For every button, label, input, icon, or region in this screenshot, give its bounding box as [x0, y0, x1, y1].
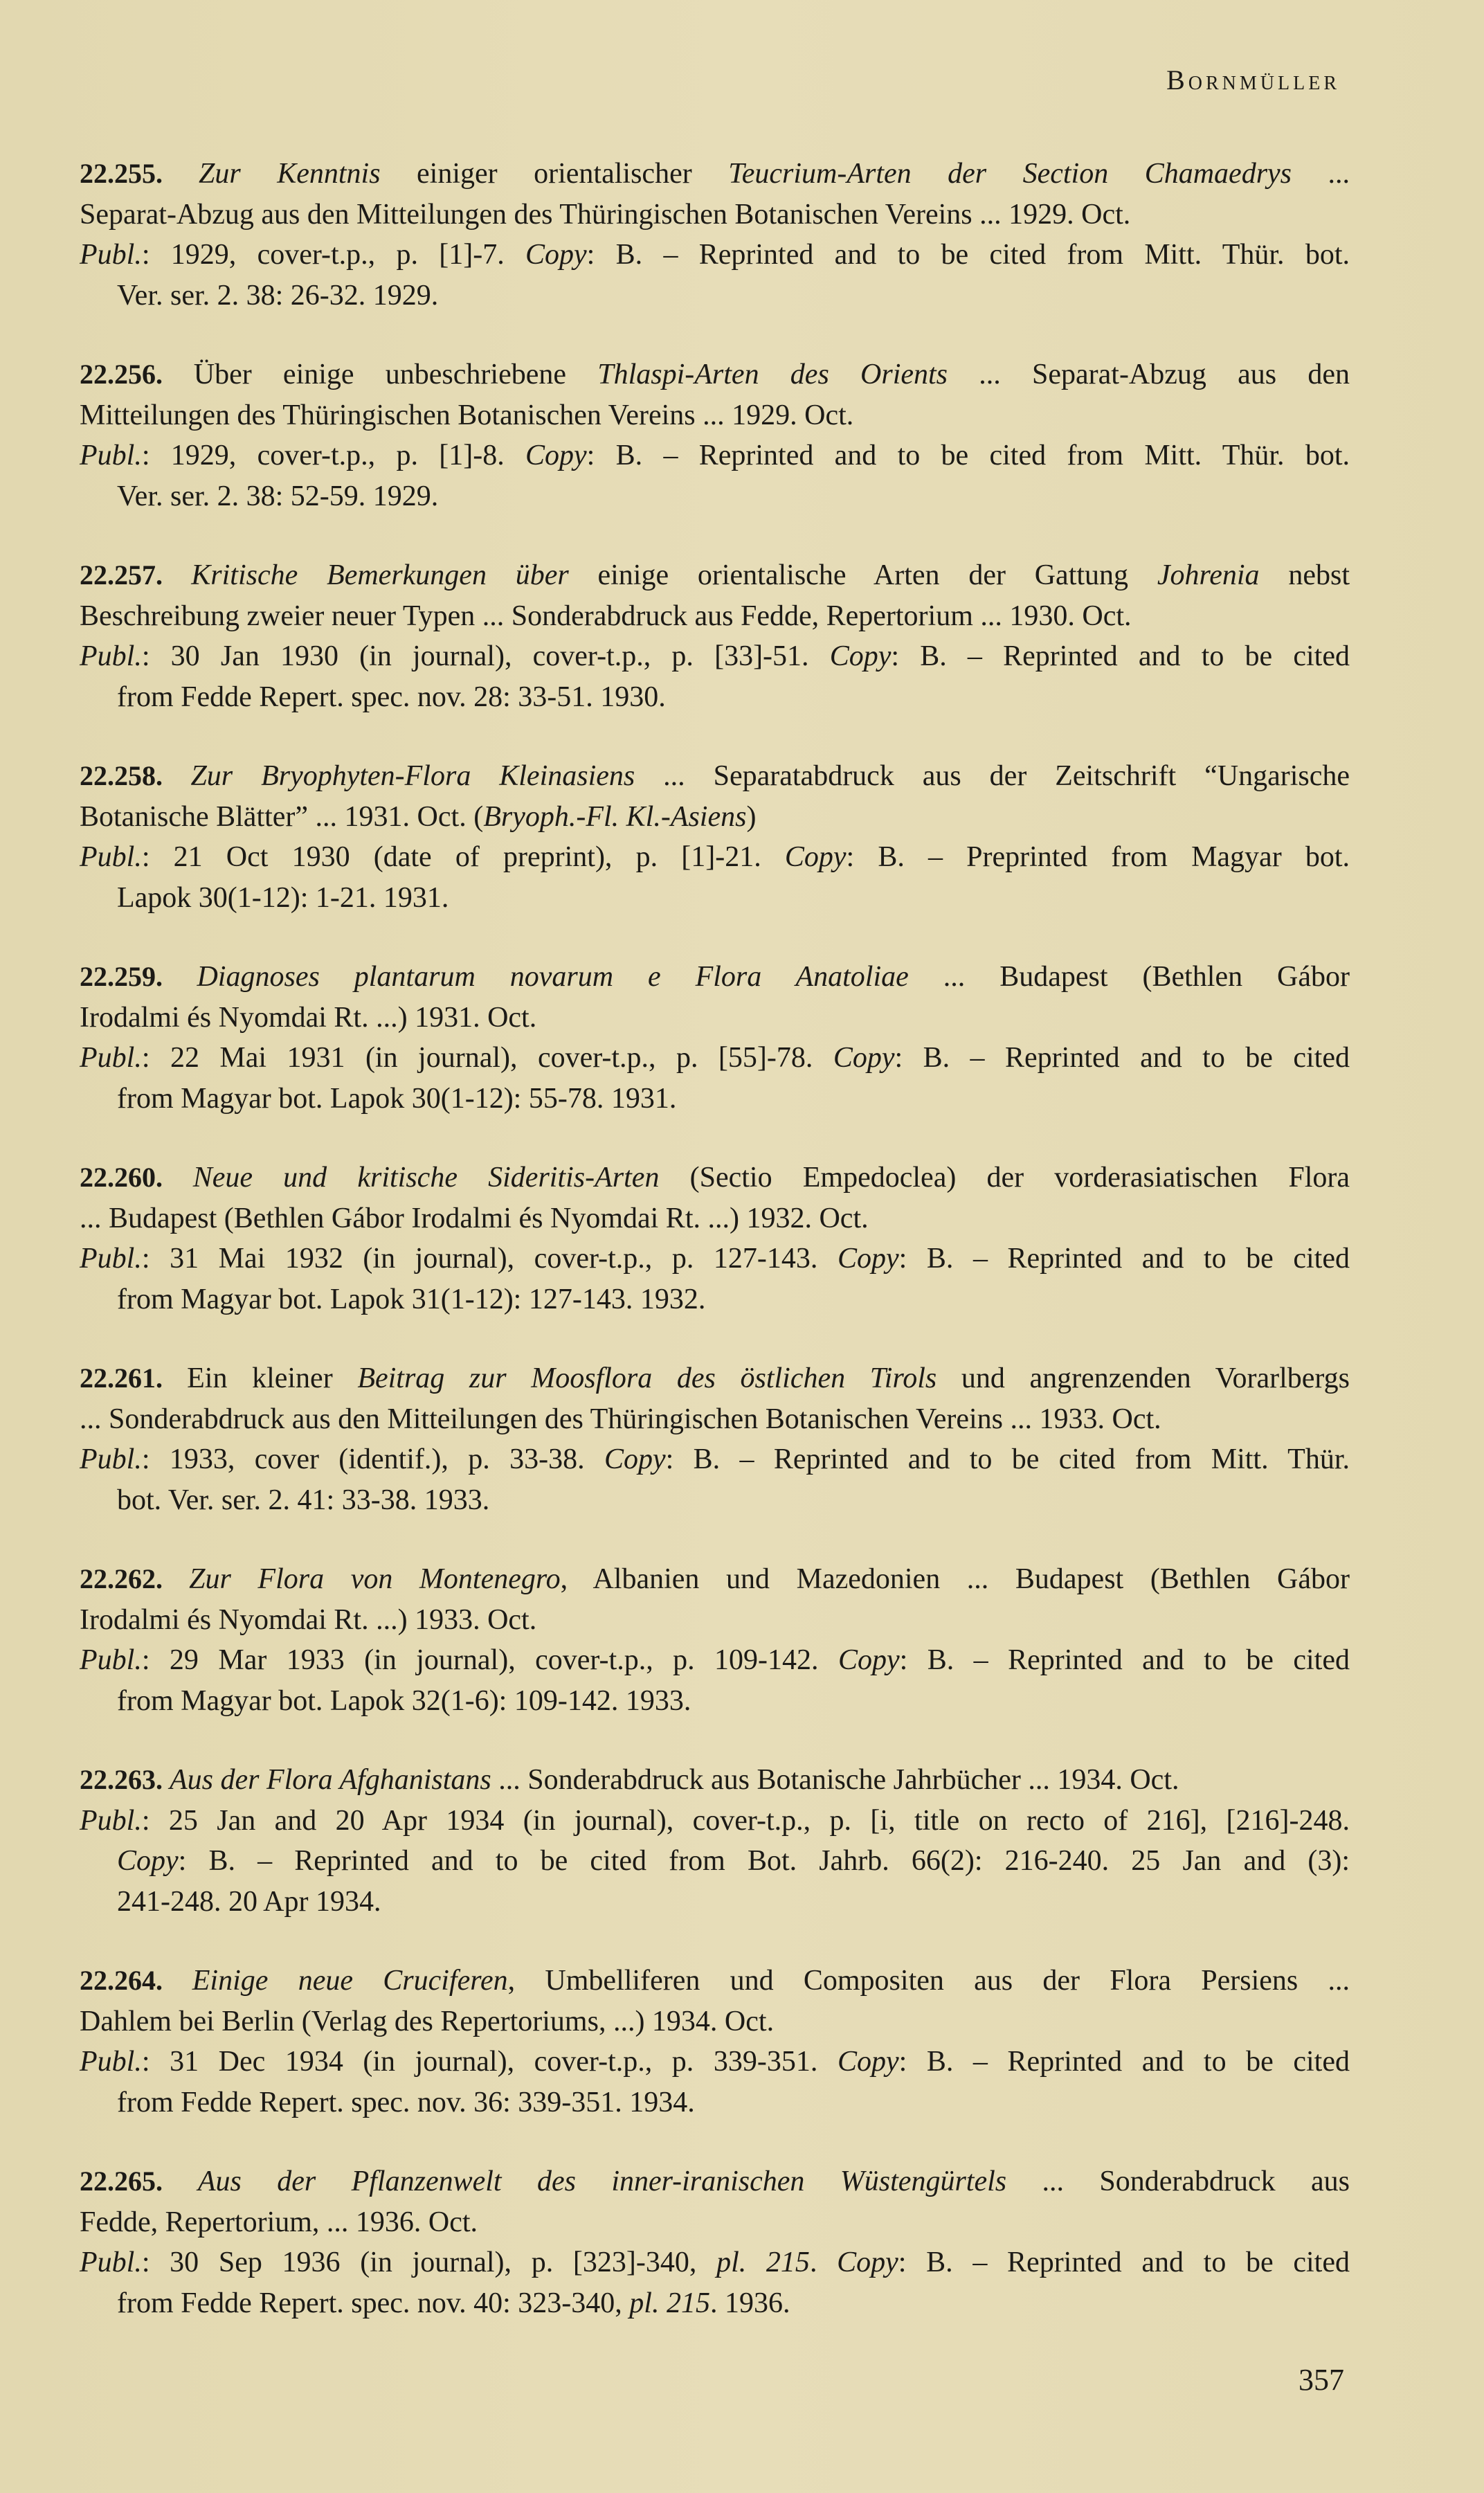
italic-text: Copy	[525, 239, 587, 271]
text: ... Separat-Abzug aus den	[948, 359, 1350, 390]
entry-publication-line: from Magyar bot. Lapok 31(1-12): 127-143…	[80, 1279, 1350, 1320]
text: : 31 Mai 1932 (in journal), cover-t.p., …	[142, 1243, 838, 1275]
entry-publication-line: Publ.: 22 Mai 1931 (in journal), cover-t…	[80, 1038, 1350, 1079]
entry-title-line: Irodalmi és Nyomdai Rt. ...) 1933. Oct.	[80, 1600, 1350, 1641]
text: : B. – Reprinted and to be cited	[900, 1644, 1350, 1676]
text: und angrenzenden Vorarlbergs	[936, 1362, 1350, 1394]
italic-text: Johrenia	[1157, 559, 1260, 591]
entry-title-line: Mitteilungen des Thüringischen Botanisch…	[80, 395, 1350, 436]
running-head: Bornmüller	[1166, 64, 1340, 96]
entry-title-line: 22.257. Kritische Bemerkungen über einig…	[80, 555, 1350, 596]
italic-text: Copy	[525, 440, 587, 471]
entry-number: 22.265.	[80, 2166, 198, 2197]
entry-publication-line: from Magyar bot. Lapok 32(1-6): 109-142.…	[80, 1681, 1350, 1722]
italic-text: Zur Bryophyten-Flora Kleinasiens	[190, 760, 635, 792]
entry-title-line: ... Budapest (Bethlen Gábor Irodalmi és …	[80, 1198, 1350, 1239]
text: : B. – Preprinted from Magyar bot.	[847, 841, 1350, 873]
italic-text: Publ.	[80, 1042, 142, 1074]
entry-publication-line: Publ.: 1929, cover-t.p., p. [1]-7. Copy:…	[80, 235, 1350, 276]
page-number: 357	[1298, 2362, 1344, 2397]
text: : B. – Reprinted and to be cited	[899, 2046, 1350, 2078]
text: .	[810, 2247, 837, 2278]
text: : B. – Reprinted and to be cited	[898, 2247, 1350, 2278]
text: from Magyar bot. Lapok 31(1-12): 127-143…	[117, 1284, 705, 1315]
entry-number: 22.257.	[80, 559, 191, 591]
text: Ein kleiner	[187, 1362, 357, 1394]
entry-publication-line: Publ.: 25 Jan and 20 Apr 1934 (in journa…	[80, 1801, 1350, 1842]
text: : B. – Reprinted and to be cited from Mi…	[587, 440, 1350, 471]
text: Fedde, Repertorium, ... 1936. Oct.	[80, 2206, 478, 2238]
italic-text: Publ.	[80, 2046, 142, 2078]
entry-number: 22.256.	[80, 359, 194, 390]
text: Mitteilungen des Thüringischen Botanisch…	[80, 399, 853, 431]
text: : 25 Jan and 20 Apr 1934 (in journal), c…	[142, 1805, 1350, 1837]
text: : 1929, cover-t.p., p. [1]-7.	[142, 239, 525, 271]
text: ... Sonderabdruck aus Botanische Jahrbüc…	[491, 1764, 1179, 1796]
text: Ver. ser. 2. 38: 52-59. 1929.	[117, 480, 438, 512]
entry-publication-line: bot. Ver. ser. 2. 41: 33-38. 1933.	[80, 1480, 1350, 1521]
italic-text: Publ.	[80, 1805, 142, 1837]
text: : B. – Reprinted and to be cited	[894, 1042, 1350, 1074]
bibliography-entry: 22.255. Zur Kenntnis einiger orientalisc…	[80, 154, 1350, 354]
text: , Umbelliferen und Compositen aus der Fl…	[508, 1965, 1350, 1997]
text: Lapok 30(1-12): 1-21. 1931.	[117, 882, 449, 914]
entry-title-line: 22.258. Zur Bryophyten-Flora Kleinasiens…	[80, 756, 1350, 797]
entry-number: 22.260.	[80, 1162, 193, 1193]
italic-text: Teucrium-Arten der Section Chamaedrys	[728, 158, 1292, 190]
entry-title-line: ... Sonderabdruck aus den Mitteilungen d…	[80, 1399, 1350, 1440]
entry-number: 22.261.	[80, 1362, 187, 1394]
entry-number: 22.255.	[80, 158, 199, 189]
italic-text: Zur Flora von Montenegro	[189, 1563, 561, 1595]
entry-publication-line: from Magyar bot. Lapok 30(1-12): 55-78. …	[80, 1079, 1350, 1119]
text: )	[746, 801, 756, 833]
text: : B. – Reprinted and to be cited from Bo…	[179, 1845, 1350, 1877]
italic-text: Publ.	[80, 841, 142, 873]
text: ... Budapest (Bethlen Gábor	[909, 961, 1350, 993]
text: from Fedde Repert. spec. nov. 36: 339-35…	[117, 2087, 695, 2118]
italic-text: Aus der Pflanzenwelt des inner-iranische…	[198, 2166, 1006, 2197]
italic-text: Copy	[117, 1845, 179, 1877]
entry-publication-line: Ver. ser. 2. 38: 52-59. 1929.	[80, 476, 1350, 517]
entry-publication-line: Publ.: 31 Dec 1934 (in journal), cover-t…	[80, 2042, 1350, 2082]
text: : B. – Reprinted and to be cited from Mi…	[666, 1443, 1350, 1475]
text: einiger orientalischer	[381, 158, 729, 190]
entry-number: 22.258.	[80, 760, 190, 791]
entry-title-line: Dahlem bei Berlin (Verlag des Repertoriu…	[80, 2001, 1350, 2042]
text: : 22 Mai 1931 (in journal), cover-t.p., …	[142, 1042, 833, 1074]
entry-publication-line: Publ.: 1929, cover-t.p., p. [1]-8. Copy:…	[80, 435, 1350, 476]
text: Irodalmi és Nyomdai Rt. ...) 1933. Oct.	[80, 1604, 536, 1636]
entry-publication-line: Publ.: 29 Mar 1933 (in journal), cover-t…	[80, 1640, 1350, 1681]
bibliography-entry: 22.260. Neue und kritische Sideritis-Art…	[80, 1158, 1350, 1358]
entry-title-line: 22.264. Einige neue Cruciferen, Umbellif…	[80, 1961, 1350, 2001]
text: Dahlem bei Berlin (Verlag des Repertoriu…	[80, 2006, 774, 2037]
entry-publication-line: Copy: B. – Reprinted and to be cited fro…	[80, 1841, 1350, 1882]
italic-text: Copy	[604, 1443, 666, 1475]
text: : B. – Reprinted and to be cited from Mi…	[587, 239, 1350, 271]
italic-text: Publ.	[80, 640, 142, 672]
italic-text: Copy	[830, 640, 892, 672]
entry-title-line: 22.260. Neue und kritische Sideritis-Art…	[80, 1158, 1350, 1198]
italic-text: Copy	[785, 841, 847, 873]
italic-text: Publ.	[80, 1644, 142, 1676]
entry-publication-line: 241-248. 20 Apr 1934.	[80, 1882, 1350, 1923]
italic-text: Copy	[833, 1042, 895, 1074]
entry-title-line: Separat-Abzug aus den Mitteilungen des T…	[80, 195, 1350, 235]
bibliography-entry: 22.256. Über einige unbeschriebene Thlas…	[80, 354, 1350, 555]
entry-number: 22.263.	[80, 1764, 170, 1795]
text: Irodalmi és Nyomdai Rt. ...) 1931. Oct.	[80, 1002, 536, 1034]
text: ...	[1292, 158, 1350, 190]
bibliography-entry: 22.262. Zur Flora von Montenegro, Albani…	[80, 1559, 1350, 1760]
entry-publication-line: from Fedde Repert. spec. nov. 40: 323-34…	[80, 2283, 1350, 2324]
entry-number: 22.262.	[80, 1563, 189, 1594]
text: 241-248. 20 Apr 1934.	[117, 1886, 381, 1918]
text: ... Budapest (Bethlen Gábor Irodalmi és …	[80, 1203, 869, 1234]
italic-text: Thlaspi-Arten des Orients	[597, 359, 948, 390]
entry-publication-line: Lapok 30(1-12): 1-21. 1931.	[80, 878, 1350, 919]
italic-text: pl. 215	[716, 2247, 810, 2278]
text: ... Sonderabdruck aus	[1006, 2166, 1350, 2197]
entry-publication-line: Ver. ser. 2. 38: 26-32. 1929.	[80, 276, 1350, 316]
text: ... Sonderabdruck aus den Mitteilungen d…	[80, 1403, 1161, 1435]
entry-title-line: 22.255. Zur Kenntnis einiger orientalisc…	[80, 154, 1350, 195]
text: from Fedde Repert. spec. nov. 40: 323-34…	[117, 2287, 629, 2319]
bibliography-entry: 22.264. Einige neue Cruciferen, Umbellif…	[80, 1961, 1350, 2161]
text: , Albanien und Mazedonien ... Budapest (…	[561, 1563, 1350, 1595]
italic-text: Kritische Bemerkungen über	[191, 559, 568, 591]
bibliography-entry: 22.261. Ein kleiner Beitrag zur Moosflor…	[80, 1358, 1350, 1559]
entry-publication-line: Publ.: 1933, cover (identif.), p. 33-38.…	[80, 1439, 1350, 1480]
bibliography-entry: 22.263. Aus der Flora Afghanistans ... S…	[80, 1760, 1350, 1961]
italic-text: Publ.	[80, 1243, 142, 1275]
italic-text: Beitrag zur Moosflora des östlichen Tiro…	[357, 1362, 936, 1394]
entry-publication-line: from Fedde Repert. spec. nov. 36: 339-35…	[80, 2082, 1350, 2123]
text: einige orientalische Arten der Gattung	[569, 559, 1157, 591]
entry-title-line: Beschreibung zweier neuer Typen ... Sond…	[80, 596, 1350, 637]
italic-text: Publ.	[80, 2247, 142, 2278]
text: : 29 Mar 1933 (in journal), cover-t.p., …	[142, 1644, 838, 1676]
text: : 30 Sep 1936 (in journal), p. [323]-340…	[142, 2247, 716, 2278]
italic-text: Neue und kritische Sideritis-Arten	[193, 1162, 660, 1194]
entry-title-line: 22.263. Aus der Flora Afghanistans ... S…	[80, 1760, 1350, 1801]
text: from Fedde Repert. spec. nov. 28: 33-51.…	[117, 681, 666, 713]
entry-title-line: 22.261. Ein kleiner Beitrag zur Moosflor…	[80, 1358, 1350, 1399]
text: : 1929, cover-t.p., p. [1]-8.	[142, 440, 525, 471]
italic-text: Publ.	[80, 239, 142, 271]
text: : B. – Reprinted and to be cited	[891, 640, 1350, 672]
entry-title-line: 22.265. Aus der Pflanzenwelt des inner-i…	[80, 2161, 1350, 2202]
entry-publication-line: Publ.: 30 Jan 1930 (in journal), cover-t…	[80, 636, 1350, 677]
italic-text: Copy	[838, 2046, 899, 2078]
bibliography-entry: 22.258. Zur Bryophyten-Flora Kleinasiens…	[80, 756, 1350, 957]
text: from Magyar bot. Lapok 32(1-6): 109-142.…	[117, 1685, 691, 1717]
italic-text: Einige neue Cruciferen	[192, 1965, 508, 1997]
italic-text: Copy	[837, 2247, 898, 2278]
text: . 1936.	[710, 2287, 790, 2319]
text: (Sectio Empedoclea) der vorderasiatische…	[659, 1162, 1350, 1194]
entry-title-line: 22.262. Zur Flora von Montenegro, Albani…	[80, 1559, 1350, 1600]
bibliography-entry: 22.259. Diagnoses plantarum novarum e Fl…	[80, 957, 1350, 1158]
entry-number: 22.259.	[80, 961, 197, 992]
bibliography-entry: 22.257. Kritische Bemerkungen über einig…	[80, 555, 1350, 756]
entry-publication-line: Publ.: 31 Mai 1932 (in journal), cover-t…	[80, 1239, 1350, 1279]
italic-text: Zur Kenntnis	[199, 158, 381, 190]
italic-text: Aus der Flora Afghanistans	[170, 1764, 491, 1796]
italic-text: Copy	[838, 1243, 899, 1275]
entry-title-line: 22.256. Über einige unbeschriebene Thlas…	[80, 354, 1350, 395]
text: : 1933, cover (identif.), p. 33-38.	[142, 1443, 604, 1475]
text: bot. Ver. ser. 2. 41: 33-38. 1933.	[117, 1484, 489, 1516]
text: : 31 Dec 1934 (in journal), cover-t.p., …	[142, 2046, 838, 2078]
entry-title-line: Botanische Blätter” ... 1931. Oct. (Bryo…	[80, 797, 1350, 838]
text: from Magyar bot. Lapok 30(1-12): 55-78. …	[117, 1083, 676, 1115]
italic-text: Bryoph.-Fl. Kl.-Asiens	[483, 801, 746, 833]
entry-title-line: 22.259. Diagnoses plantarum novarum e Fl…	[80, 957, 1350, 998]
italic-text: pl. 215	[629, 2287, 710, 2319]
entry-publication-line: Publ.: 30 Sep 1936 (in journal), p. [323…	[80, 2242, 1350, 2283]
text: Ver. ser. 2. 38: 26-32. 1929.	[117, 280, 438, 312]
text: Über einige unbeschriebene	[194, 359, 598, 390]
entry-title-line: Irodalmi és Nyomdai Rt. ...) 1931. Oct.	[80, 998, 1350, 1038]
italic-text: Publ.	[80, 440, 142, 471]
text: : 21 Oct 1930 (date of preprint), p. [1]…	[142, 841, 785, 873]
bibliography-entry: 22.265. Aus der Pflanzenwelt des inner-i…	[80, 2161, 1350, 2362]
text: : 30 Jan 1930 (in journal), cover-t.p., …	[142, 640, 830, 672]
text: Beschreibung zweier neuer Typen ... Sond…	[80, 600, 1132, 632]
bibliography-list: 22.255. Zur Kenntnis einiger orientalisc…	[80, 154, 1350, 2362]
text: Separat-Abzug aus den Mitteilungen des T…	[80, 199, 1130, 231]
text: : B. – Reprinted and to be cited	[899, 1243, 1350, 1275]
text: Botanische Blätter” ... 1931. Oct. (	[80, 801, 483, 833]
entry-title-line: Fedde, Repertorium, ... 1936. Oct.	[80, 2202, 1350, 2243]
entry-publication-line: Publ.: 21 Oct 1930 (date of preprint), p…	[80, 837, 1350, 878]
italic-text: Publ.	[80, 1443, 142, 1475]
text: ... Separatabdruck aus der Zeitschrift “…	[635, 760, 1350, 792]
italic-text: Copy	[838, 1644, 900, 1676]
text: nebst	[1260, 559, 1350, 591]
entry-publication-line: from Fedde Repert. spec. nov. 28: 33-51.…	[80, 677, 1350, 718]
italic-text: Diagnoses plantarum novarum e Flora Anat…	[197, 961, 908, 993]
entry-number: 22.264.	[80, 1965, 192, 1996]
